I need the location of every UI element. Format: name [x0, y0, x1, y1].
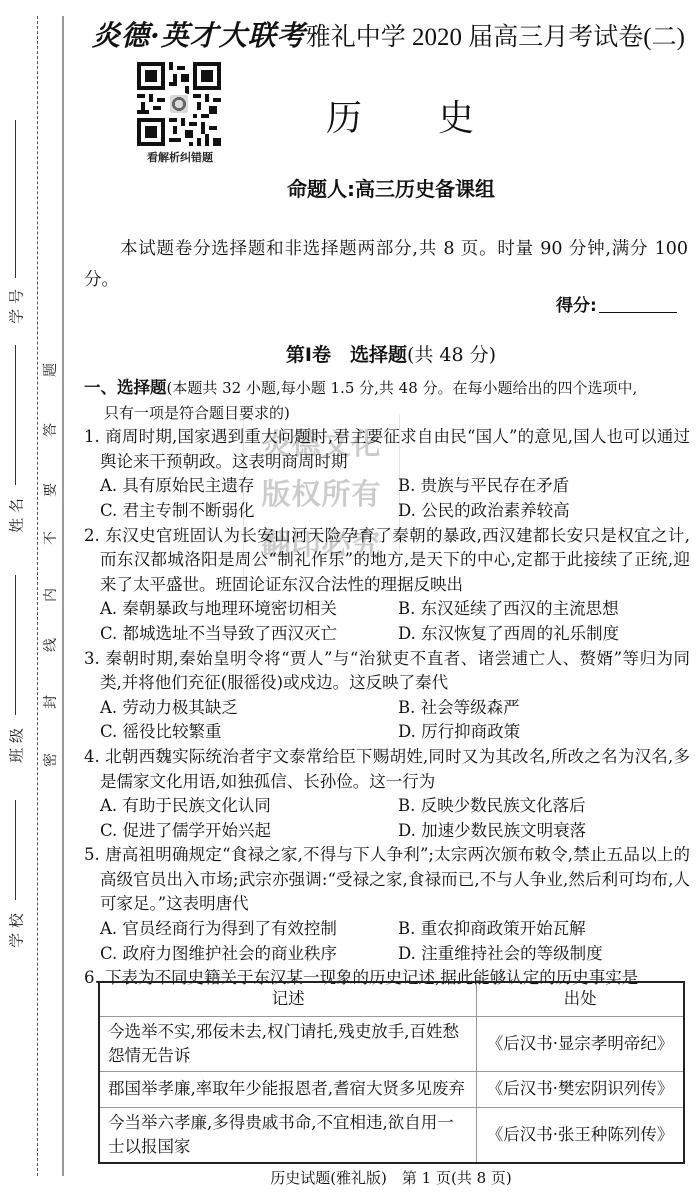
option-c[interactable]: C. 君主专制不断弱化	[100, 499, 398, 524]
score-label: 得分:	[556, 296, 597, 316]
section-heading-bold: 第Ⅰ卷 选择题	[286, 344, 407, 366]
option-b[interactable]: B. 反映少数民族文化落后	[398, 794, 688, 819]
name-label: 姓 名	[6, 496, 27, 536]
question-list: 一、选择题(本题共 32 小题,每小题 1.5 分,共 48 分。在每小题给出的…	[84, 376, 690, 991]
option-b[interactable]: B. 重农抑商政策开始瓦解	[398, 917, 688, 942]
history-records-table: 记述 出处 今选举不实,邪佞未去,权门请托,残吏放手,百姓愁怨情无告诉 《后汉书…	[98, 981, 685, 1164]
question-3: 3. 秦朝时期,秦始皇明令将“贾人”与“治狱吏不直者、诸尝逋亡人、赘婿”等归为同…	[84, 647, 690, 696]
question-3-options: A. 劳动力极其缺乏 B. 社会等级森严 C. 徭役比较繁重 D. 厉行抑商政策	[84, 696, 690, 745]
exam-subtitle: 雅礼中学 2020 届高三月考试卷(二)	[306, 24, 685, 51]
question-5-options: A. 官员经商行为得到了有效控制 B. 重农抑商政策开始瓦解 C. 政府力图维护…	[84, 917, 690, 966]
score-blank[interactable]	[599, 295, 677, 313]
class-label: 班 级	[6, 726, 27, 766]
source-cell: 《后汉书·樊宏阴识列传》	[477, 1071, 684, 1107]
part-heading-title: 一、选择题	[84, 378, 167, 397]
record-cell: 今当举六孝廉,多得贵戚书命,不宜相违,欲自用一士以报国家	[99, 1107, 477, 1163]
option-a[interactable]: A. 具有原始民主遗存	[100, 474, 398, 499]
option-b[interactable]: B. 东汉延续了西汉的主流思想	[398, 597, 688, 622]
section-heading: 第Ⅰ卷 选择题(共 48 分)	[82, 340, 700, 367]
page-footer: 历史试题(雅礼版) 第 1 页(共 8 页)	[82, 1167, 700, 1188]
option-c[interactable]: C. 徭役比较繁重	[100, 720, 398, 745]
option-d[interactable]: D. 厉行抑商政策	[398, 720, 688, 745]
record-cell: 郡国举孝廉,率取年少能报恩者,耆宿大贤多见废弃	[99, 1071, 477, 1107]
source-cell: 《后汉书·显宗孝明帝纪》	[477, 1016, 684, 1071]
section-heading-points: (共 48 分)	[407, 344, 496, 366]
option-a[interactable]: A. 有助于民族文化认同	[100, 794, 398, 819]
seal-char: 内	[40, 587, 60, 603]
option-b[interactable]: B. 贵族与平民存在矛盾	[398, 474, 688, 499]
part-heading-note: (本题共 32 小题,每小题 1.5 分,共 48 分。在每小题给出的四个选项中…	[167, 379, 638, 397]
exam-title: 炎德·英才大联考雅礼中学 2020 届高三月考试卷(二)	[92, 14, 692, 54]
part-heading: 一、选择题(本题共 32 小题,每小题 1.5 分,共 48 分。在每小题给出的…	[84, 376, 690, 425]
exam-instructions: 本试题卷分选择题和非选择题两部分,共 8 页。时量 90 分钟,满分 100 分…	[84, 234, 688, 296]
qr-caption: 看解析纠错题	[130, 149, 230, 165]
question-2: 2. 东汉史官班固认为长安山河天险孕育了秦朝的暴政,西汉建都长安只是权宜之计,而…	[84, 524, 690, 598]
option-c[interactable]: C. 都城选址不当导致了西汉灭亡	[100, 622, 398, 647]
option-c[interactable]: C. 促进了儒学开始兴起	[100, 819, 398, 844]
score-field: 得分:	[556, 291, 677, 316]
option-d[interactable]: D. 公民的政治素养较高	[398, 499, 688, 524]
question-4: 4. 北朝西魏实际统治者宇文泰常给臣下赐胡姓,同时又为其改名,所改之名为汉名,多…	[84, 745, 690, 794]
seal-char: 封	[40, 694, 60, 710]
brand-title: 炎德·英才大联考	[92, 19, 306, 52]
part-heading-note-cont: 只有一项是符合题目要求的)	[84, 401, 690, 426]
seal-char: 不	[40, 530, 60, 546]
option-d[interactable]: D. 东汉恢复了西周的礼乐制度	[398, 622, 688, 647]
table-row: 今选举不实,邪佞未去,权门请托,残吏放手,百姓愁怨情无告诉 《后汉书·显宗孝明帝…	[99, 1016, 684, 1071]
school-label: 学 校	[6, 911, 27, 951]
question-4-options: A. 有助于民族文化认同 B. 反映少数民族文化落后 C. 促进了儒学开始兴起 …	[84, 794, 690, 843]
seal-char: 密	[40, 752, 60, 768]
option-a[interactable]: A. 官员经商行为得到了有效控制	[100, 917, 398, 942]
table-row: 郡国举孝廉,率取年少能报恩者,耆宿大贤多见废弃 《后汉书·樊宏阴识列传》	[99, 1071, 684, 1107]
seal-char: 线	[40, 637, 60, 653]
option-a[interactable]: A. 劳动力极其缺乏	[100, 696, 398, 721]
option-c[interactable]: C. 政府力图维护社会的商业秩序	[100, 942, 398, 967]
question-1-options: A. 具有原始民主遗存 B. 贵族与平民存在矛盾 C. 君主专制不断弱化 D. …	[84, 474, 690, 523]
seal-char: 要	[40, 482, 60, 498]
table-row: 今当举六孝廉,多得贵戚书命,不宜相违,欲自用一士以报国家 《后汉书·张王种陈列传…	[99, 1107, 684, 1163]
question-5: 5. 唐高祖明确规定“食禄之家,不得与下人争利”;太宗两次颁布敕令,禁止五品以上…	[84, 843, 690, 917]
qr-code-icon[interactable]	[137, 62, 221, 146]
option-d[interactable]: D. 注重维持社会的等级制度	[398, 942, 688, 967]
seal-char: 题	[40, 362, 60, 378]
school-field[interactable]	[15, 800, 16, 900]
option-d[interactable]: D. 加速少数民族文明衰落	[398, 819, 688, 844]
student-id-label: 学 号	[6, 287, 27, 327]
subject-title: 历史	[326, 90, 550, 141]
source-cell: 《后汉书·张王种陈列传》	[477, 1107, 684, 1163]
record-cell: 今选举不实,邪佞未去,权门请托,残吏放手,百姓愁怨情无告诉	[99, 1016, 477, 1071]
column-header-record: 记述	[99, 982, 477, 1016]
question-2-options: A. 秦朝暴政与地理环境密切相关 B. 东汉延续了西汉的主流思想 C. 都城选址…	[84, 597, 690, 646]
question-1: 1. 商周时期,国家遇到重大问题时,君主要征求自由民“国人”的意见,国人也可以通…	[84, 425, 690, 474]
option-a[interactable]: A. 秦朝暴政与地理环境密切相关	[100, 597, 398, 622]
option-b[interactable]: B. 社会等级森严	[398, 696, 688, 721]
column-header-source: 出处	[477, 982, 684, 1016]
class-field[interactable]	[15, 575, 16, 715]
author-line: 命题人:高三历史备课组	[0, 173, 700, 202]
name-field[interactable]	[15, 345, 16, 485]
seal-char: 答	[40, 422, 60, 438]
